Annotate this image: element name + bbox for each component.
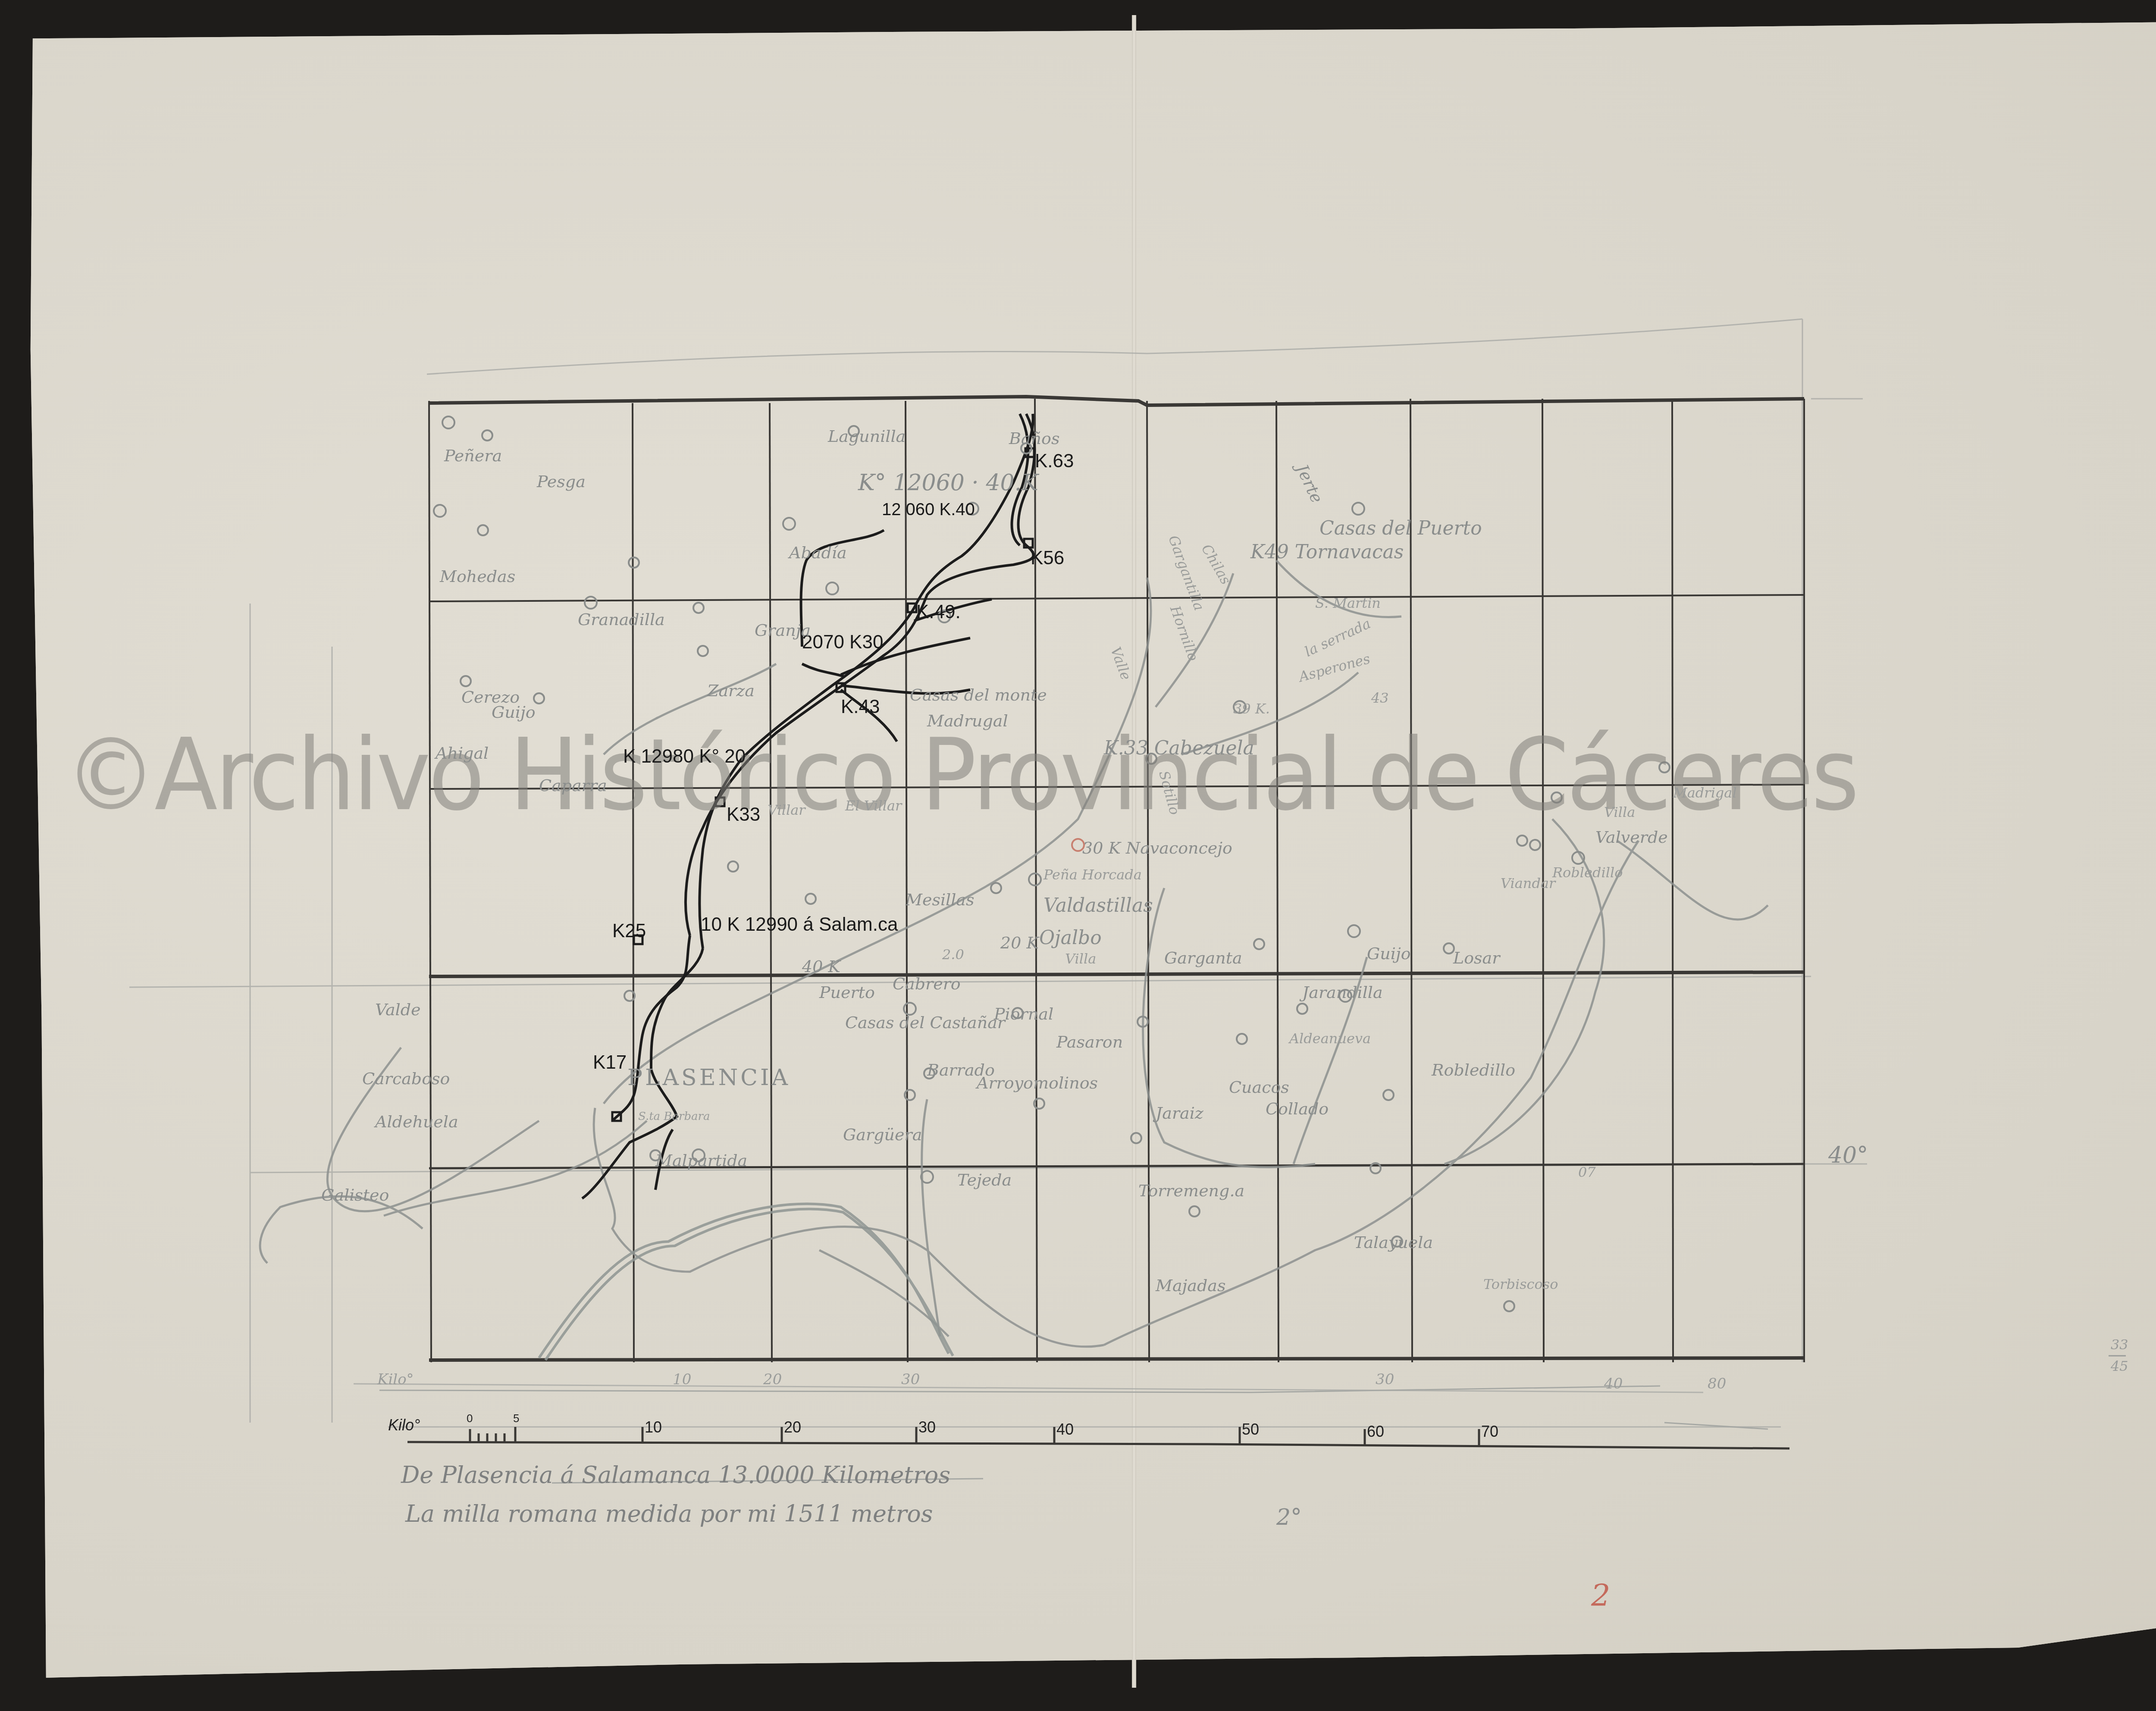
place-caparra: Caparra — [539, 776, 607, 795]
km-label-30: 2070 K30 — [802, 632, 883, 653]
place-galisteo: Galisteo — [321, 1186, 389, 1204]
place-collado: Collado — [1266, 1099, 1329, 1118]
scale-tick-70: 70 — [1481, 1423, 1498, 1441]
place-cabrero: Cabrero — [893, 974, 961, 993]
place-lagunilla: Lagunilla — [828, 427, 906, 446]
place-sta-barbara: S.ta Barbara — [638, 1110, 710, 1123]
place-ojalbo-villa: Villa — [1065, 951, 1096, 967]
longitude-mark: 2° — [1276, 1505, 1302, 1530]
place-ahigal: Ahigal — [436, 744, 489, 763]
place-valverde: Valverde — [1595, 828, 1668, 847]
place-piornal: Piornal — [994, 1004, 1053, 1023]
place-guijo: Guijo — [492, 703, 536, 722]
scale-tick-10: 10 — [645, 1418, 662, 1436]
place-casas-monte: Casas del monte — [910, 685, 1047, 704]
km-label-20: K 12980 K° 20 — [623, 746, 746, 767]
place-torviscoso: Torbiscoso — [1483, 1276, 1558, 1292]
label-39k: 39 K. — [1233, 701, 1270, 717]
km-label-10: 10 K 12990 á Salam.ca — [701, 914, 898, 935]
faint-scale-tick: 30 — [1376, 1371, 1394, 1388]
page-number: 2 — [1591, 1578, 1611, 1613]
place-pesga: Pesga — [537, 472, 586, 491]
place-guijo-sta-barbara: Guijo — [1367, 944, 1411, 963]
place-garguera: Gargüera — [843, 1125, 922, 1144]
latitude-mark: 40° — [1828, 1142, 1868, 1168]
place-el-villar: El Villar — [845, 798, 902, 814]
place-garganta: Garganta — [1164, 948, 1242, 967]
place-robledillo-vera: Robledillo — [1432, 1060, 1515, 1079]
km-label-33: K33 — [727, 804, 760, 826]
place-san-martin: S. Martin — [1315, 595, 1381, 611]
scale-tick-5: 5 — [513, 1412, 519, 1425]
place-madrugal: Madrugal — [927, 711, 1008, 730]
place-mohedas: Mohedas — [440, 567, 515, 586]
caption-line-1: De Plasencia á Salamanca 13.0000 Kilomet… — [401, 1461, 950, 1489]
place-valde: Valde — [375, 1000, 421, 1019]
corner-note-top: 33 — [2111, 1336, 2128, 1353]
place-villar: Villar — [768, 802, 805, 818]
scale-tick-30: 30 — [918, 1418, 936, 1436]
place-cuacos: Cuacos — [1229, 1078, 1289, 1097]
place-aldehuela: Aldehuela — [375, 1112, 458, 1131]
label-2-0: 2.0 — [942, 946, 964, 963]
place-ojalbo: Ojalbo — [1039, 927, 1102, 949]
place-tejeda: Tejeda — [957, 1170, 1012, 1189]
km-label-40-pencil: K° 12060 · 40.K — [858, 470, 1038, 496]
place-talayuela: Talayuela — [1354, 1233, 1433, 1252]
place-abadia: Abadía — [789, 543, 847, 562]
label-20k: 20 K — [1000, 933, 1039, 952]
place-tornavacas: K49 Tornavacas — [1250, 541, 1404, 563]
label-07: 07 — [1578, 1164, 1596, 1180]
place-torremenga: Torremeng.a — [1138, 1181, 1244, 1200]
faint-scale-label: Kilo° — [377, 1371, 414, 1388]
place-losar: Losar — [1453, 948, 1500, 967]
place-cabezuela: K.33 Cabezuela — [1104, 737, 1254, 759]
place-casas-castanar: Casas del Castañar — [845, 1013, 1005, 1032]
watermark: ©Archivo Histórico Provincial de Cáceres — [65, 718, 1857, 833]
scale-tick-20: 20 — [784, 1418, 801, 1436]
place-viandar: Viandar — [1501, 875, 1555, 891]
map-drawing — [0, 0, 2156, 1711]
place-pena-horcada: Peña Horcada — [1044, 866, 1142, 883]
place-villanueva: Villa — [1604, 804, 1635, 820]
place-carcaboso: Carcaboso — [362, 1069, 450, 1088]
km-label-56: K56 — [1031, 547, 1064, 569]
place-madrigal: Madrigal — [1673, 785, 1737, 801]
km-label-17: K17 — [593, 1052, 627, 1073]
place-jarandilla: Jarandilla — [1302, 983, 1383, 1002]
place-plasencia: PLASENCIA — [627, 1065, 790, 1091]
scale-tick-40: 40 — [1056, 1420, 1074, 1439]
km-label-63: K.63 — [1035, 450, 1074, 472]
place-majadas: Majadas — [1156, 1276, 1225, 1295]
place-jaraiz: Jaraiz — [1156, 1104, 1203, 1123]
faint-scale-tick: 20 — [763, 1371, 782, 1388]
scale-tick-60: 60 — [1367, 1423, 1384, 1441]
roman-road — [539, 1204, 953, 1360]
scale-tick-0: 0 — [467, 1412, 473, 1425]
km-label-40: 12 060 K.40 — [882, 500, 975, 519]
label-43: 43 — [1371, 690, 1389, 706]
place-banos: Baños — [1009, 429, 1059, 448]
scale-label: Kilo° — [388, 1416, 420, 1434]
place-puerto: Puerto — [819, 983, 875, 1002]
label-40k: 40 K — [802, 957, 840, 976]
place-pasaron: Pasaron — [1056, 1032, 1123, 1051]
scale-tick-50: 50 — [1242, 1420, 1259, 1439]
place-arroyomolinos: Arroyomolinos — [977, 1073, 1098, 1092]
faint-scale-tick: 80 — [1708, 1375, 1726, 1392]
place-casas-puerto: Casas del Puerto — [1319, 517, 1482, 539]
corner-note-bottom: 45 — [2111, 1358, 2128, 1374]
km-label-25: K25 — [612, 920, 646, 942]
place-valdastillas: Valdastillas — [1044, 895, 1153, 916]
km-label-49: K.49. — [916, 601, 961, 623]
place-granja: Granja — [755, 621, 811, 640]
place-peniera: Peñera — [444, 446, 502, 465]
faint-scale-tick: 30 — [901, 1371, 920, 1388]
km-label-43: K.43 — [841, 696, 880, 718]
place-aldeanueva: Aldeanueva — [1289, 1030, 1371, 1047]
caption-line-2: La milla romana medida por mi 1511 metro… — [405, 1500, 933, 1527]
place-zarza: Zarza — [707, 681, 755, 700]
place-mesillas: Mesillas — [906, 890, 975, 909]
place-granadilla: Granadilla — [578, 610, 665, 629]
scale-bar — [407, 1427, 1789, 1448]
rivers — [260, 560, 1768, 1347]
place-malpartida: Malpartida — [655, 1151, 747, 1170]
faint-scale-tick: 40 — [1604, 1375, 1623, 1392]
place-navaconcejo: 30 K Navaconcejo — [1082, 838, 1232, 857]
faint-scale-tick: 10 — [673, 1371, 691, 1388]
place-robledillo: Robledillo — [1552, 864, 1623, 881]
